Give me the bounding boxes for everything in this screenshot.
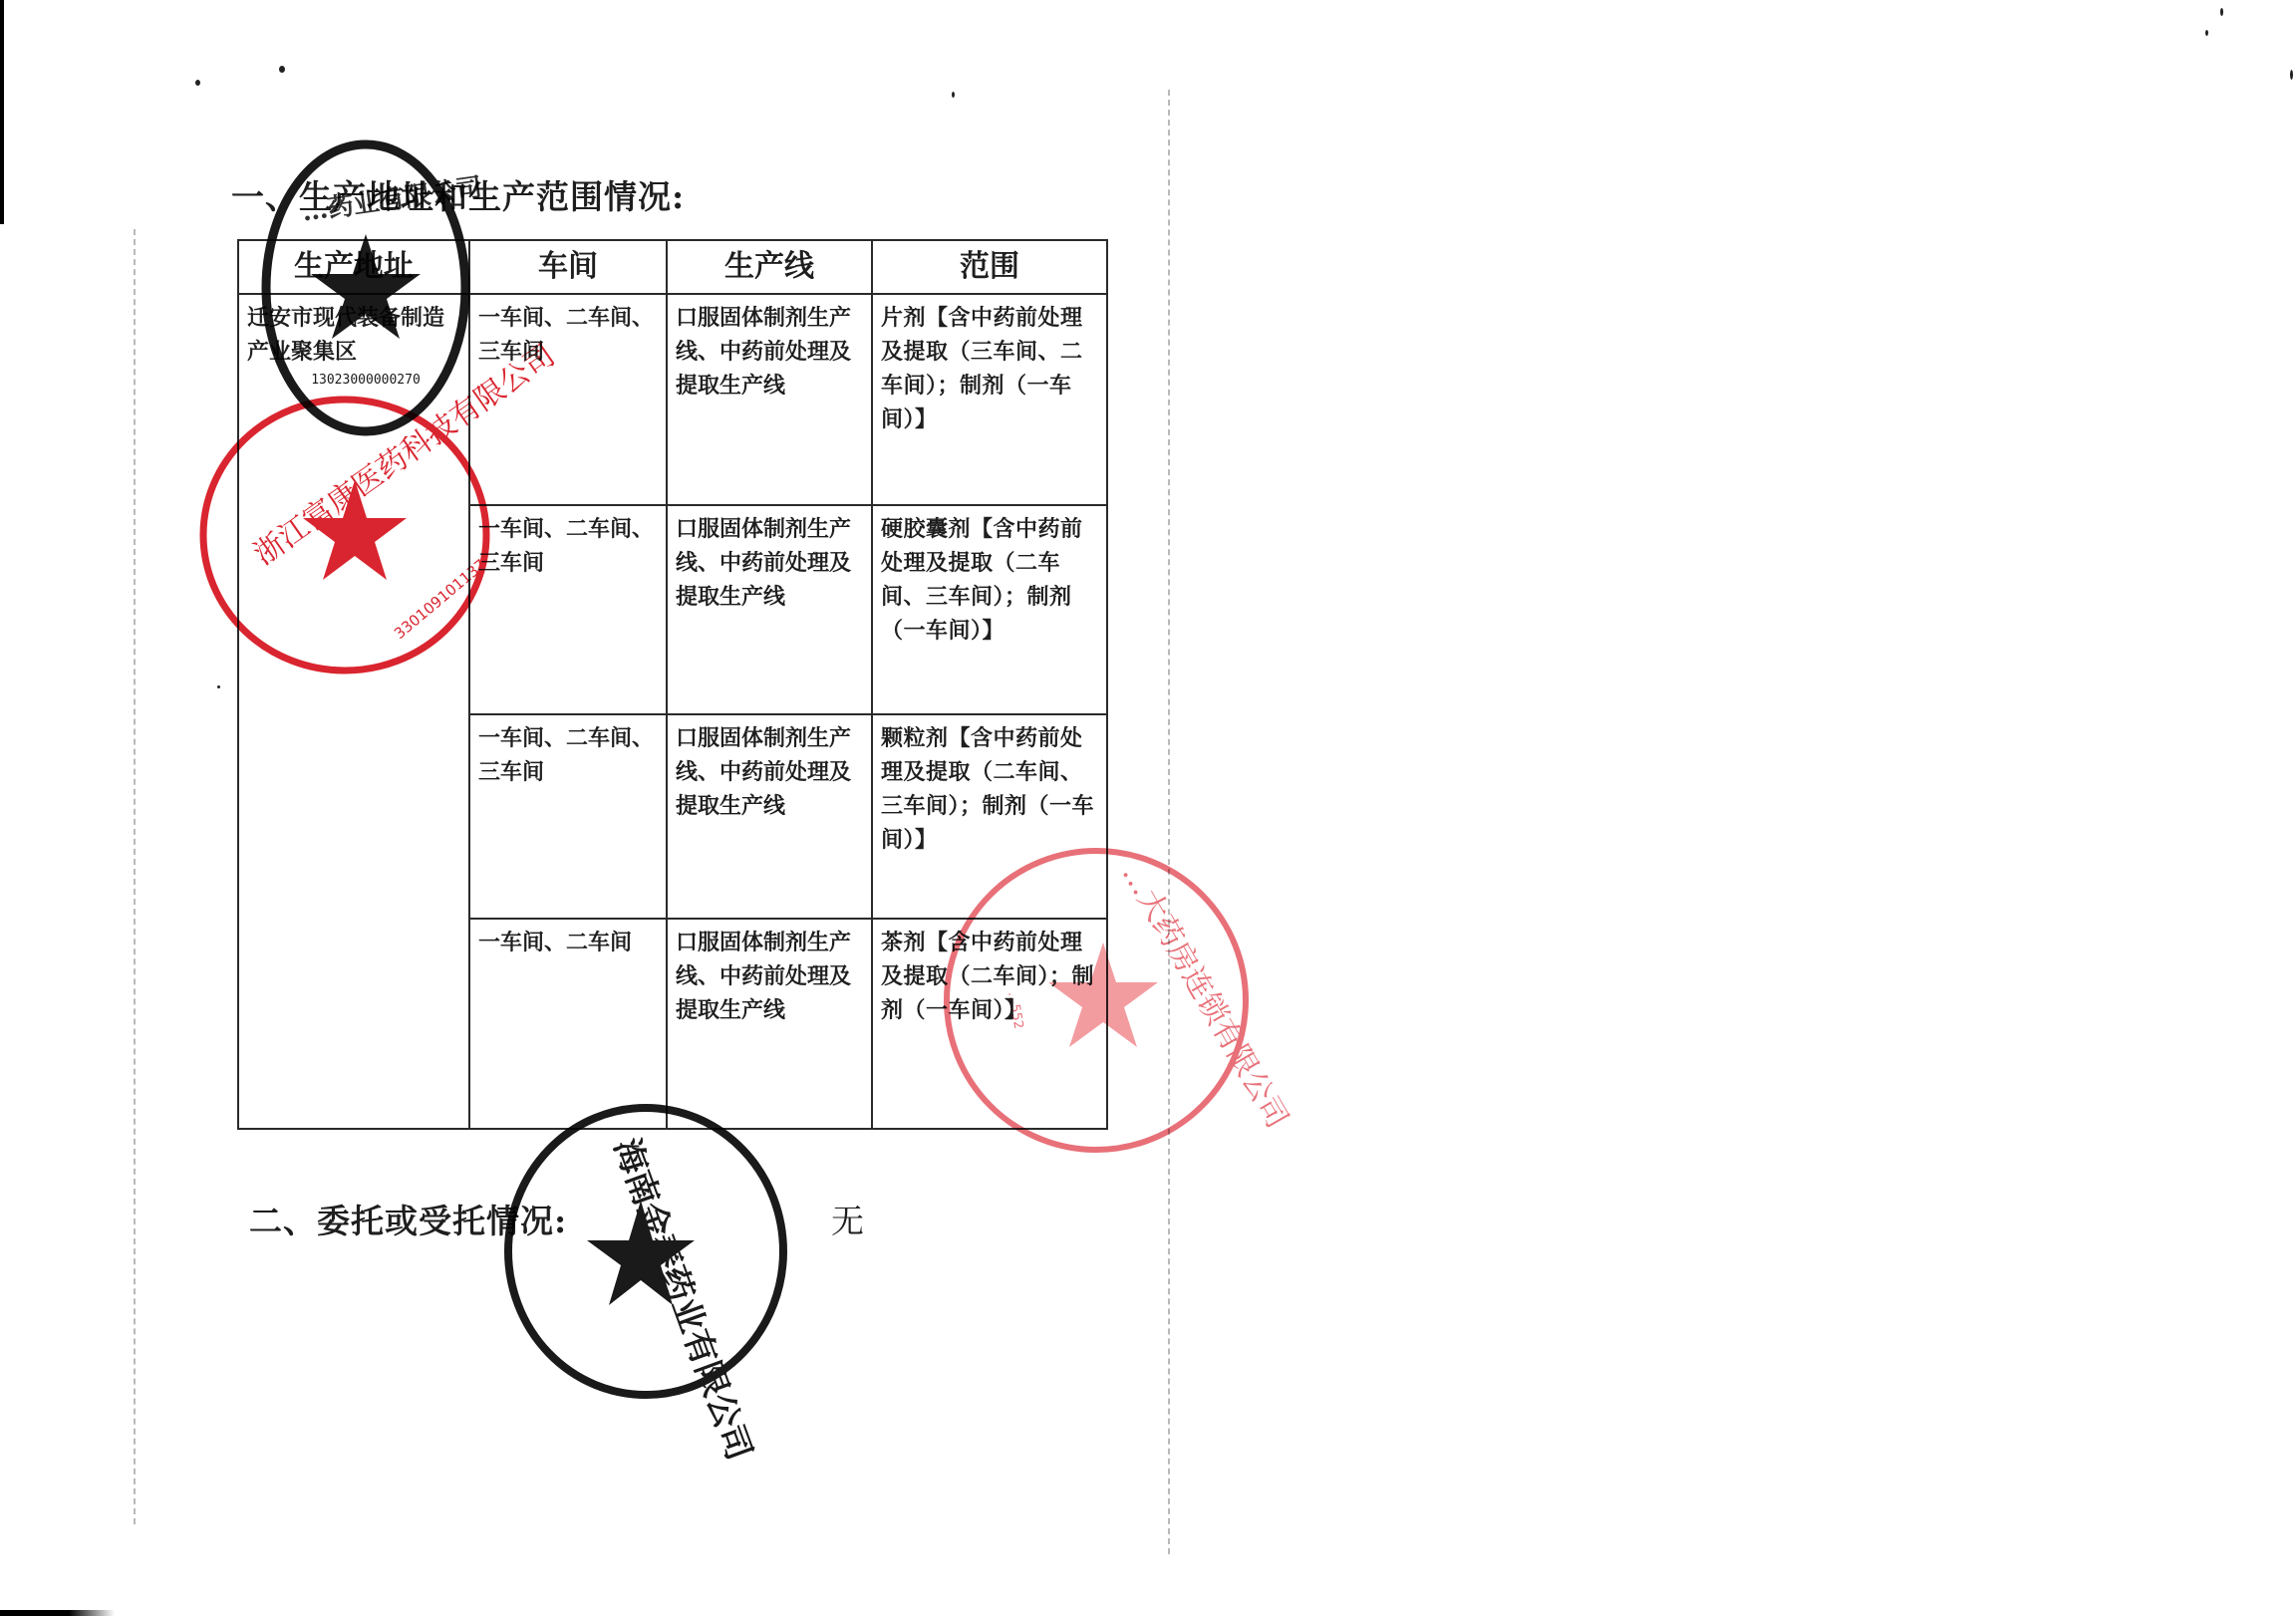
svg-text:13023000000270: 13023000000270 <box>311 373 421 388</box>
scan-speck <box>2205 30 2208 36</box>
header-line: 生产线 <box>667 240 872 294</box>
scope-cell: 硬胶囊剂【含中药前处理及提取（二车间、三车间）；制剂（一车间）】 <box>872 505 1107 714</box>
scope-cell: 片剂【含中药前处理及提取（三车间、二车间）；制剂（一车间）】 <box>872 294 1107 505</box>
red-seal-left: 330109101137 浙江富康医药科技有限公司 <box>195 391 494 679</box>
header-workshop: 车间 <box>469 240 667 294</box>
workshop-cell: 一车间、二车间 <box>469 919 667 1129</box>
scan-edge-bar-bottom <box>0 1610 115 1616</box>
header-scope: 范围 <box>872 240 1107 294</box>
black-seal-bottom: 海南金泰药业有限公司 <box>501 1101 790 1402</box>
scan-speck <box>279 66 285 73</box>
workshop-cell: 一车间、二车间、三车间 <box>469 505 667 714</box>
scan-speck <box>217 685 220 688</box>
scan-speck <box>2220 8 2223 16</box>
page-edge-line-left <box>134 229 136 1524</box>
red-seal-right: …552 …大药房连锁有限公司 <box>939 843 1254 1158</box>
scan-speck <box>195 80 200 86</box>
scan-speck <box>2290 70 2293 80</box>
line-cell: 口服固体制剂生产线、中药前处理及提取生产线 <box>667 294 872 505</box>
page-edge-line-right <box>1168 90 1170 1554</box>
workshop-cell: 一车间、二车间、三车间 <box>469 714 667 919</box>
line-cell: 口服固体制剂生产线、中药前处理及提取生产线 <box>667 505 872 714</box>
scan-speck <box>952 92 955 98</box>
line-cell: 口服固体制剂生产线、中药前处理及提取生产线 <box>667 714 872 919</box>
svg-text:…552: …552 <box>1004 990 1025 1030</box>
scan-edge-bar <box>0 0 4 224</box>
section-2-value: 无 <box>831 1196 864 1242</box>
line-cell: 口服固体制剂生产线、中药前处理及提取生产线 <box>667 919 872 1129</box>
svg-text:330109101137: 330109101137 <box>391 556 489 643</box>
